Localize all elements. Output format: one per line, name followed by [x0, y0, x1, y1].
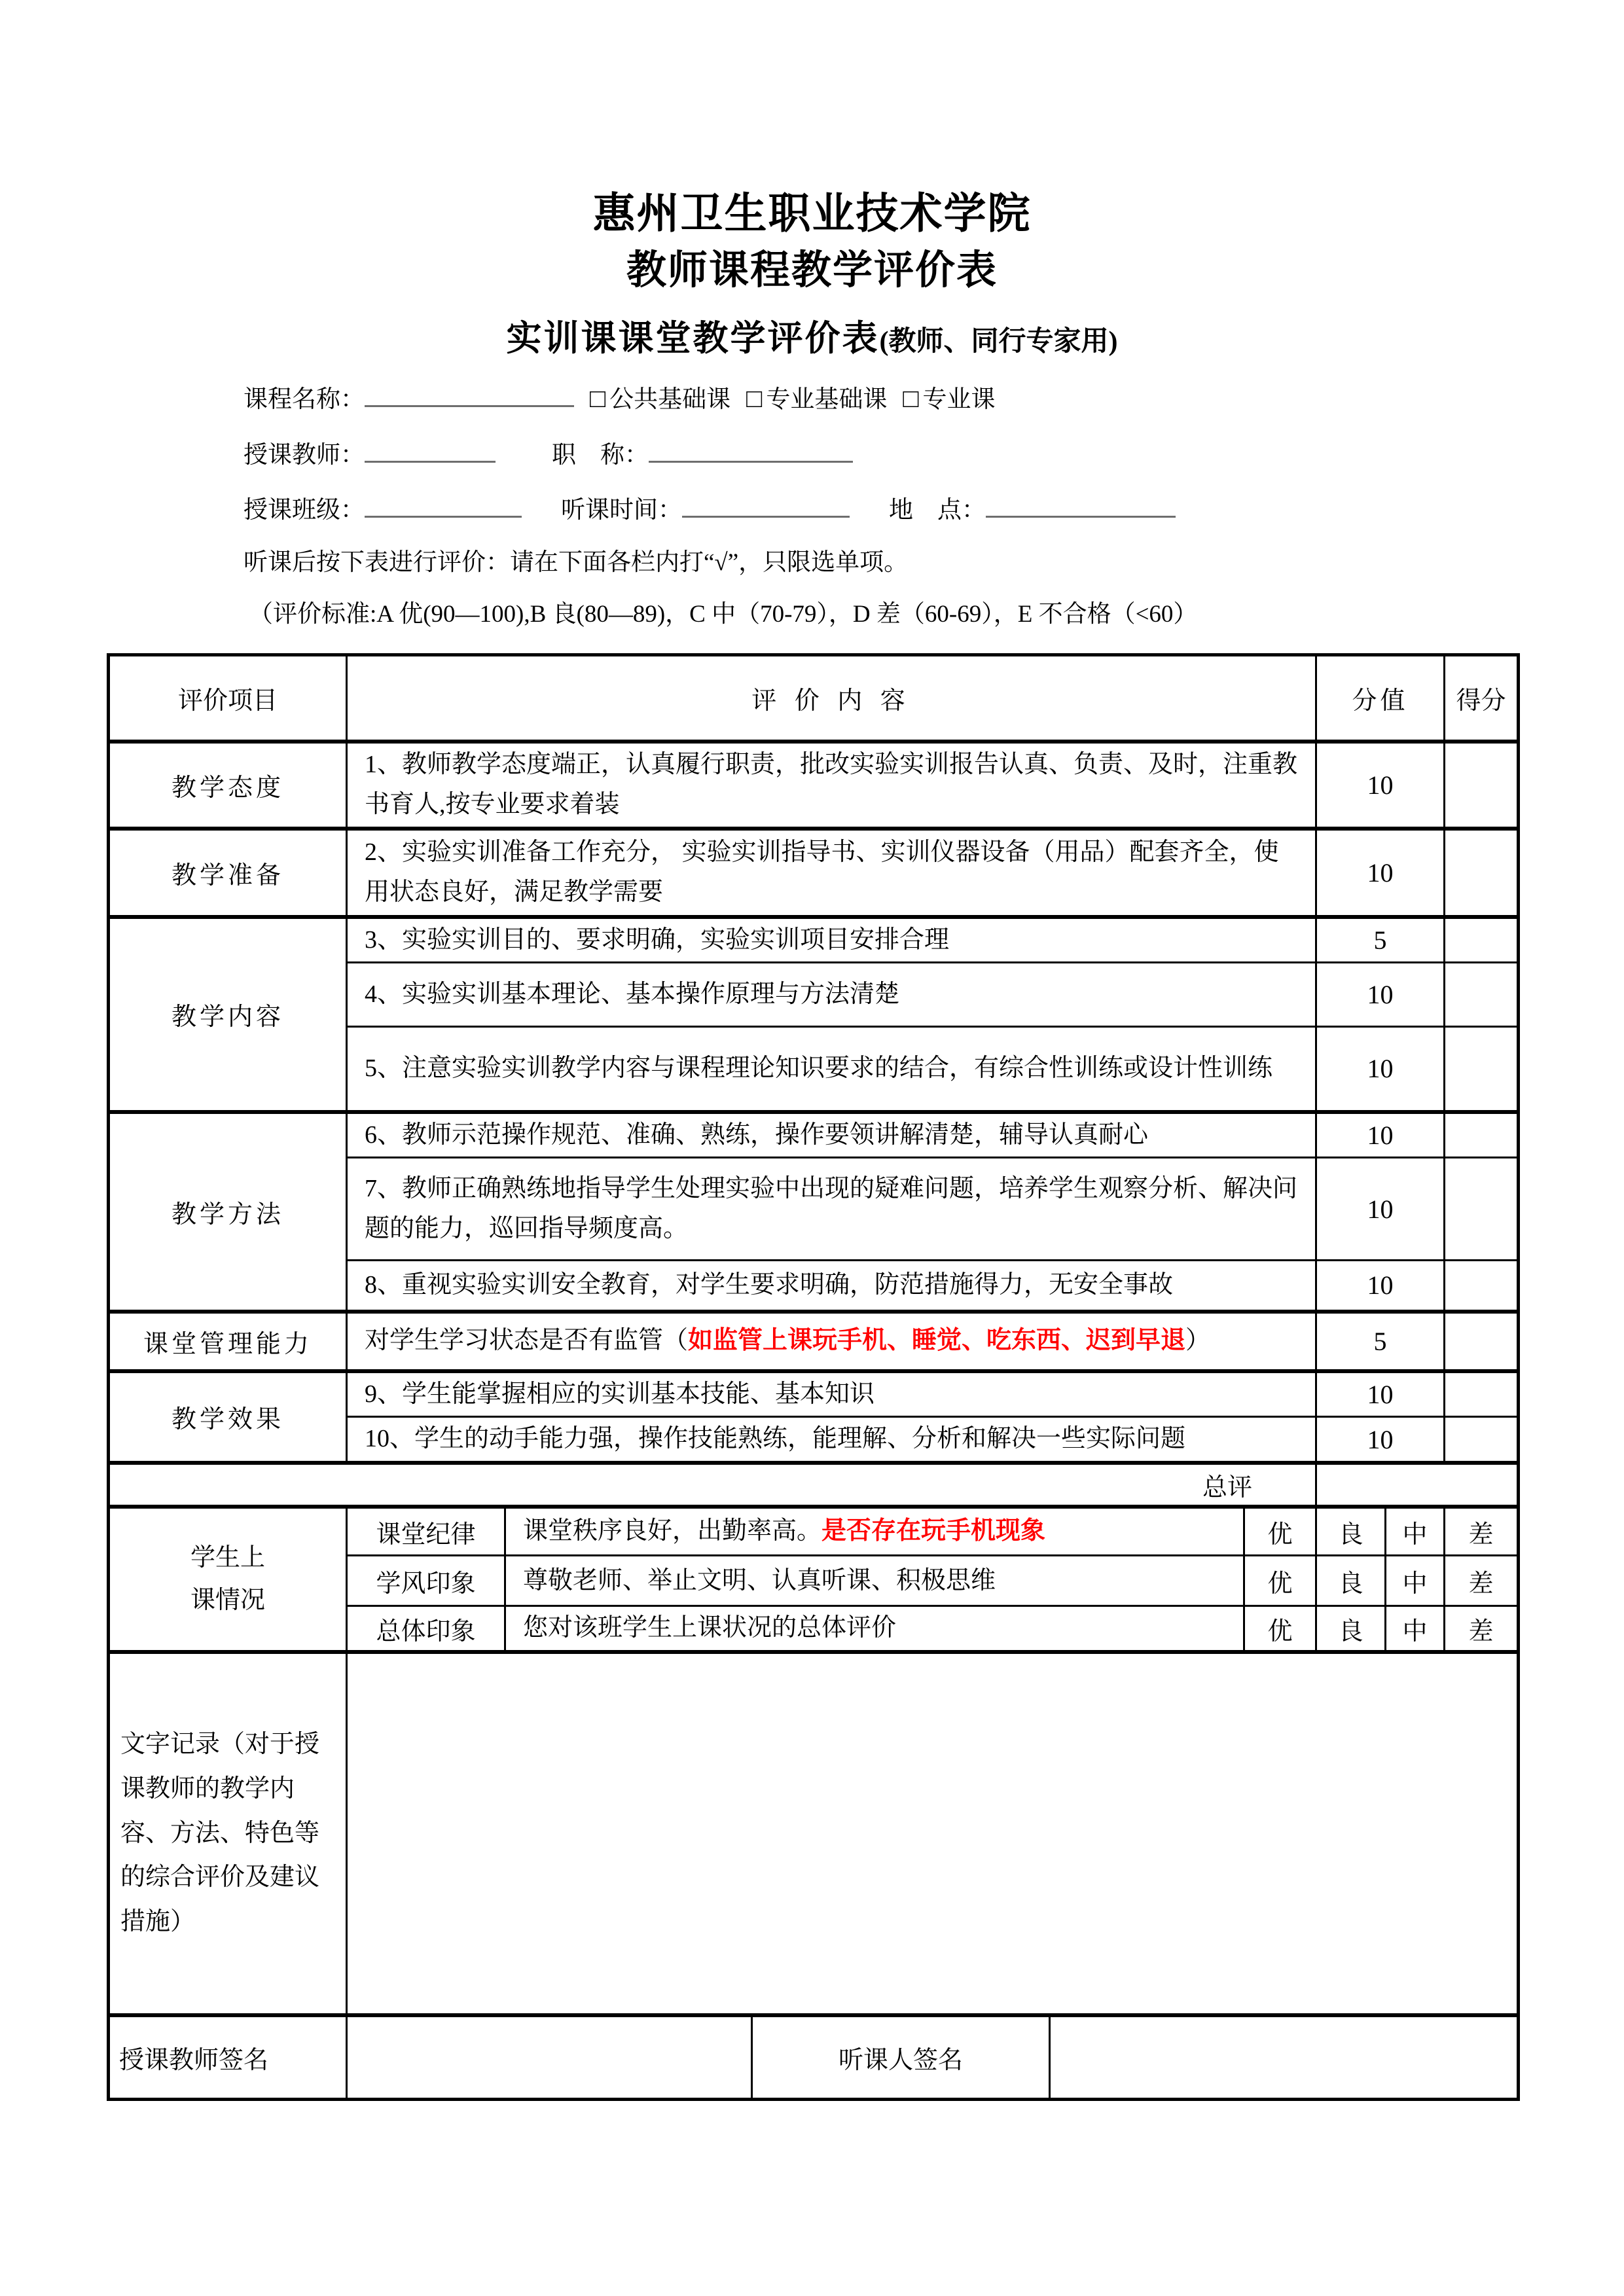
item-3-score: 5: [1316, 917, 1445, 963]
title-rank-label: 职 称：: [552, 442, 649, 469]
item-8-score: 10: [1316, 1261, 1445, 1312]
rating-medium: 中: [1386, 1606, 1445, 1652]
school-title: 惠州卫生职业技术学院: [0, 191, 1624, 236]
item-7-score: 10: [1316, 1158, 1445, 1261]
item-1-gained: [1445, 742, 1519, 829]
form-main-title: 教师课程教学评价表: [0, 249, 1624, 291]
supervision-gained: [1445, 1312, 1519, 1371]
item-9-gained: [1445, 1371, 1519, 1417]
rating-medium: 中: [1386, 1556, 1445, 1606]
rating-good: 良: [1316, 1556, 1386, 1606]
teacher-signature-label: 授课教师签名: [109, 2015, 347, 2100]
sub-title-note: (教师、同行专家用): [880, 327, 1118, 357]
header-item-col: 评价项目: [109, 655, 347, 742]
place-blank: [986, 493, 1176, 518]
header-content-col: 评 价 内 容: [347, 655, 1316, 742]
supervision-close-paren: ）: [1185, 1327, 1210, 1354]
header-gained-col: 得分: [1445, 655, 1519, 742]
course-type-major-basic-label: 专业基础课: [766, 386, 887, 413]
course-name-blank: [365, 383, 574, 407]
item-5-text: 5、注意实验实训教学内容与课程理论知识要求的结合，有综合性训练或设计性训练: [347, 1027, 1316, 1112]
written-record-label: 文字记录（对于授课教师的教学内容、方法、特色等的综合评价及建议措施）: [109, 1652, 347, 2015]
item-9-text: 9、学生能掌握相应的实训基本技能、基本知识: [347, 1371, 1316, 1417]
document-page: 惠州卫生职业技术学院 教师课程教学评价表 实训课课堂教学评价表(教师、同行专家用…: [0, 0, 1624, 2296]
item-4-score: 10: [1316, 963, 1445, 1027]
rating-good: 良: [1316, 1507, 1386, 1556]
table-row: 教学方法 6、教师示范操作规范、准确、熟练，操作要领讲解清楚，辅导认真耐心 10: [109, 1112, 1519, 1158]
item-5-gained: [1445, 1027, 1519, 1112]
item-5-score: 10: [1316, 1027, 1445, 1112]
overall-value-cell: [1316, 1463, 1519, 1507]
listen-time-blank: [682, 493, 850, 518]
rating-excellent: 优: [1244, 1556, 1316, 1606]
teacher-label: 授课教师：: [244, 442, 365, 469]
course-type-public: □公共基础课: [590, 386, 731, 413]
group-teaching-preparation: 教学准备: [109, 829, 347, 917]
form-sub-title: 实训课课堂教学评价表(教师、同行专家用): [0, 310, 1624, 361]
group-teaching-effect: 教学效果: [109, 1371, 347, 1463]
rating-poor: 差: [1445, 1606, 1519, 1652]
item-3-gained: [1445, 917, 1519, 963]
rating-medium: 中: [1386, 1507, 1445, 1556]
discipline-red-note: 是否存在玩手机现象: [821, 1517, 1045, 1545]
supervision-cell: 对学生学习状态是否有监管（如监管上课玩手机、睡觉、吃东西、迟到早退）: [347, 1312, 1316, 1371]
teacher-line: 授课教师：职 称：: [244, 439, 1624, 470]
sub-title-text: 实训课课堂教学评价表: [507, 319, 880, 358]
aspect-study-style: 学风印象: [347, 1556, 505, 1606]
checkbox-icon: □: [590, 384, 605, 413]
item-7-text: 7、教师正确熟练地指导学生处理实验中出现的疑难问题，培养学生观察分析、解决问题的…: [347, 1158, 1316, 1261]
place-label: 地 点：: [889, 497, 986, 524]
table-row: 教学态度 1、教师教学态度端正，认真履行职责，批改实验实训报告认真、负责、及时，…: [109, 742, 1519, 829]
table-row: 教学内容 3、实验实训目的、要求明确，实验实训项目安排合理 5: [109, 917, 1519, 963]
rating-excellent: 优: [1244, 1507, 1316, 1556]
aspect-overall-impression: 总体印象: [347, 1606, 505, 1652]
item-2-text: 2、实验实训准备工作充分， 实验实训指导书、实训仪器设备（用品）配套齐全，使用状…: [347, 829, 1316, 917]
item-10-gained: [1445, 1417, 1519, 1463]
course-type-major-basic: □专业基础课: [746, 386, 887, 413]
rating-good: 良: [1316, 1606, 1386, 1652]
class-blank: [365, 493, 522, 518]
listener-signature-label: 听课人签名: [752, 2015, 1050, 2100]
item-8-gained: [1445, 1261, 1519, 1312]
item-10-score: 10: [1316, 1417, 1445, 1463]
teacher-signature-area: [347, 2015, 752, 2100]
item-6-gained: [1445, 1112, 1519, 1158]
written-record-area: [347, 1652, 1519, 2015]
overall-row: 总评: [109, 1463, 1519, 1507]
course-name-label: 课程名称：: [244, 386, 365, 413]
supervision-text: 对学生学习状态是否有监管（: [365, 1327, 688, 1354]
table-row: 课堂管理能力 对学生学习状态是否有监管（如监管上课玩手机、睡觉、吃东西、迟到早退…: [109, 1312, 1519, 1371]
instruction-note: 听课后按下表进行评价：请在下面各栏内打“√”，只限选单项。: [244, 549, 1624, 577]
rating-poor: 差: [1445, 1556, 1519, 1606]
grading-standard-note: （评价标准:A 优(90—100),B 良(80—89)，C 中（70-79），…: [249, 601, 1624, 629]
item-1-text: 1、教师教学态度端正，认真履行职责，批改实验实训报告认真、负责、及时，注重教书育…: [347, 742, 1316, 829]
course-name-line: 课程名称：□公共基础课□专业基础课□专业课: [244, 383, 1624, 414]
rating-poor: 差: [1445, 1507, 1519, 1556]
item-1-score: 10: [1316, 742, 1445, 829]
item-10-text: 10、学生的动手能力强，操作技能熟练，能理解、分析和解决一些实际问题: [347, 1417, 1316, 1463]
overall-label: 总评: [109, 1463, 1316, 1507]
evaluation-table: 评价项目 评 价 内 容 分值 得分 教学态度 1、教师教学态度端正，认真履行职…: [107, 653, 1520, 2101]
overall-impression-text: 您对该班学生上课状况的总体评价: [505, 1606, 1244, 1652]
course-type-public-label: 公共基础课: [609, 386, 731, 413]
item-8-text: 8、重视实验实训安全教育，对学生要求明确，防范措施得力，无安全事故: [347, 1261, 1316, 1312]
item-7-gained: [1445, 1158, 1519, 1261]
listen-time-label: 听课时间：: [561, 497, 682, 524]
item-2-gained: [1445, 829, 1519, 917]
item-4-gained: [1445, 963, 1519, 1027]
checkbox-icon: □: [903, 384, 918, 413]
course-type-major-label: 专业课: [923, 386, 996, 413]
study-style-text: 尊敬老师、举止文明、认真听课、积极思维: [505, 1556, 1244, 1606]
class-line: 授课班级：听课时间：地 点：: [244, 493, 1624, 525]
item-9-score: 10: [1316, 1371, 1445, 1417]
supervision-red-note: 如监管上课玩手机、睡觉、吃东西、迟到早退: [688, 1327, 1185, 1354]
header-score-col: 分值: [1316, 655, 1445, 742]
group-teaching-method: 教学方法: [109, 1112, 347, 1312]
item-6-text: 6、教师示范操作规范、准确、熟练，操作要领讲解清楚，辅导认真耐心: [347, 1112, 1316, 1158]
listener-signature-area: [1050, 2015, 1519, 2100]
class-label: 授课班级：: [244, 497, 365, 524]
aspect-discipline: 课堂纪律: [347, 1507, 505, 1556]
item-4-text: 4、实验实训基本理论、基本操作原理与方法清楚: [347, 963, 1316, 1027]
rating-excellent: 优: [1244, 1606, 1316, 1652]
student-row: 学生上 课情况 课堂纪律 课堂秩序良好，出勤率高。是否存在玩手机现象 优 良 中…: [109, 1507, 1519, 1556]
item-6-score: 10: [1316, 1112, 1445, 1158]
form-header-fields: 课程名称：□公共基础课□专业基础课□专业课 授课教师：职 称： 授课班级：听课时…: [244, 383, 1624, 629]
group-student-status: 学生上 课情况: [109, 1507, 347, 1652]
teacher-blank: [365, 439, 496, 463]
supervision-score: 5: [1316, 1312, 1445, 1371]
item-2-score: 10: [1316, 829, 1445, 917]
group-teaching-content: 教学内容: [109, 917, 347, 1112]
signature-row: 授课教师签名 听课人签名: [109, 2015, 1519, 2100]
checkbox-icon: □: [746, 384, 762, 413]
group-class-management: 课堂管理能力: [109, 1312, 347, 1371]
discipline-text: 课堂秩序良好，出勤率高。: [523, 1517, 821, 1545]
course-type-major: □专业课: [903, 386, 995, 413]
table-header-row: 评价项目 评 价 内 容 分值 得分: [109, 655, 1519, 742]
discipline-text-cell: 课堂秩序良好，出勤率高。是否存在玩手机现象: [505, 1507, 1244, 1556]
item-3-text: 3、实验实训目的、要求明确，实验实训项目安排合理: [347, 917, 1316, 963]
title-rank-blank: [649, 439, 853, 463]
table-row: 教学效果 9、学生能掌握相应的实训基本技能、基本知识 10: [109, 1371, 1519, 1417]
written-record-row: 文字记录（对于授课教师的教学内容、方法、特色等的综合评价及建议措施）: [109, 1652, 1519, 2015]
group-teaching-attitude: 教学态度: [109, 742, 347, 829]
table-row: 教学准备 2、实验实训准备工作充分， 实验实训指导书、实训仪器设备（用品）配套齐…: [109, 829, 1519, 917]
